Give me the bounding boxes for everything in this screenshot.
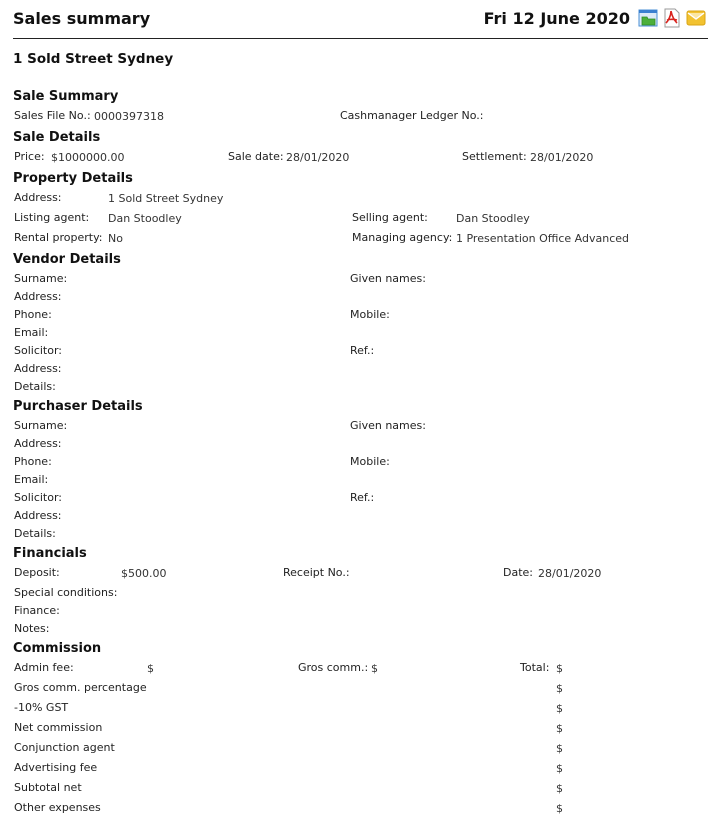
total-value: $ <box>556 662 563 675</box>
selling-agent-value: Dan Stoodley <box>456 212 530 225</box>
commission-row-label: Net commission <box>14 721 102 734</box>
commission-row-label: Gros comm. percentage <box>14 681 147 694</box>
vendor-details-label: Details: <box>14 380 56 393</box>
commission-row-value: $ <box>556 782 563 795</box>
selling-agent-label: Selling agent: <box>352 211 428 224</box>
purchaser-phone-label: Phone: <box>14 455 52 468</box>
property-title: 1 Sold Street Sydney <box>13 51 173 67</box>
purchaser-surname-label: Surname: <box>14 419 67 432</box>
commission-row-value: $ <box>556 802 563 815</box>
commission-row-value: $ <box>556 742 563 755</box>
section-heading-vendor-details: Vendor Details <box>13 252 121 267</box>
managing-agency-label: Managing agency: <box>352 231 452 244</box>
price-label: Price: <box>14 150 45 163</box>
sales-file-label: Sales File No.: <box>14 109 91 122</box>
purchaser-mobile-label: Mobile: <box>350 455 390 468</box>
vendor-given-names-label: Given names: <box>350 272 426 285</box>
header-divider <box>13 38 708 39</box>
vendor-email-label: Email: <box>14 326 48 339</box>
vendor-address-label: Address: <box>14 290 62 303</box>
commission-row-label: Subtotal net <box>14 781 82 794</box>
section-heading-property-details: Property Details <box>13 171 133 186</box>
managing-agency-value: 1 Presentation Office Advanced <box>456 232 629 245</box>
commission-row-value: $ <box>556 702 563 715</box>
purchaser-solicitor-label: Solicitor: <box>14 491 62 504</box>
purchaser-given-names-label: Given names: <box>350 419 426 432</box>
commission-row-value: $ <box>556 682 563 695</box>
address-label: Address: <box>14 191 62 204</box>
deposit-label: Deposit: <box>14 566 60 579</box>
folder-window-icon[interactable] <box>638 8 658 28</box>
commission-row-label: Advertising fee <box>14 761 97 774</box>
financials-date-value: 28/01/2020 <box>538 567 601 580</box>
notes-label: Notes: <box>14 622 49 635</box>
ledger-label: Cashmanager Ledger No.: <box>340 109 483 122</box>
purchaser-solicitor-address-label: Address: <box>14 509 62 522</box>
pdf-icon[interactable] <box>662 8 682 28</box>
section-heading-commission: Commission <box>13 641 101 656</box>
special-conditions-label: Special conditions: <box>14 586 117 599</box>
purchaser-details-label: Details: <box>14 527 56 540</box>
email-icon[interactable] <box>686 8 706 28</box>
commission-row-label: Other expenses <box>14 801 101 814</box>
commission-row-label: -10% GST <box>14 701 68 714</box>
vendor-ref-label: Ref.: <box>350 344 374 357</box>
settlement-label: Settlement: <box>462 150 527 163</box>
gros-comm-label: Gros comm.: <box>298 661 368 674</box>
section-heading-sale-summary: Sale Summary <box>13 89 118 104</box>
vendor-solicitor-address-label: Address: <box>14 362 62 375</box>
receipt-no-label: Receipt No.: <box>283 566 350 579</box>
commission-row-label: Conjunction agent <box>14 741 115 754</box>
rental-property-label: Rental property: <box>14 231 103 244</box>
vendor-mobile-label: Mobile: <box>350 308 390 321</box>
commission-row-value: $ <box>556 762 563 775</box>
total-label: Total: <box>520 661 549 674</box>
toolbar-icons <box>638 8 706 28</box>
settlement-value: 28/01/2020 <box>530 151 593 164</box>
commission-row-value: $ <box>556 722 563 735</box>
report-date: Fri 12 June 2020 <box>484 9 630 28</box>
purchaser-address-label: Address: <box>14 437 62 450</box>
rental-property-value: No <box>108 232 123 245</box>
page-title: Sales summary <box>13 9 150 28</box>
gros-comm-value: $ <box>371 662 378 675</box>
section-heading-sale-details: Sale Details <box>13 130 100 145</box>
section-heading-financials: Financials <box>13 546 87 561</box>
admin-fee-label: Admin fee: <box>14 661 74 674</box>
vendor-solicitor-label: Solicitor: <box>14 344 62 357</box>
listing-agent-value: Dan Stoodley <box>108 212 182 225</box>
price-value: $1000000.00 <box>51 151 124 164</box>
financials-date-label: Date: <box>503 566 533 579</box>
section-heading-purchaser-details: Purchaser Details <box>13 399 143 414</box>
vendor-phone-label: Phone: <box>14 308 52 321</box>
admin-fee-value: $ <box>147 662 154 675</box>
listing-agent-label: Listing agent: <box>14 211 89 224</box>
sales-file-value: 0000397318 <box>94 110 164 123</box>
deposit-value: $500.00 <box>121 567 167 580</box>
vendor-surname-label: Surname: <box>14 272 67 285</box>
address-value: 1 Sold Street Sydney <box>108 192 223 205</box>
sale-date-value: 28/01/2020 <box>286 151 349 164</box>
purchaser-ref-label: Ref.: <box>350 491 374 504</box>
sale-date-label: Sale date: <box>228 150 284 163</box>
purchaser-email-label: Email: <box>14 473 48 486</box>
finance-label: Finance: <box>14 604 60 617</box>
